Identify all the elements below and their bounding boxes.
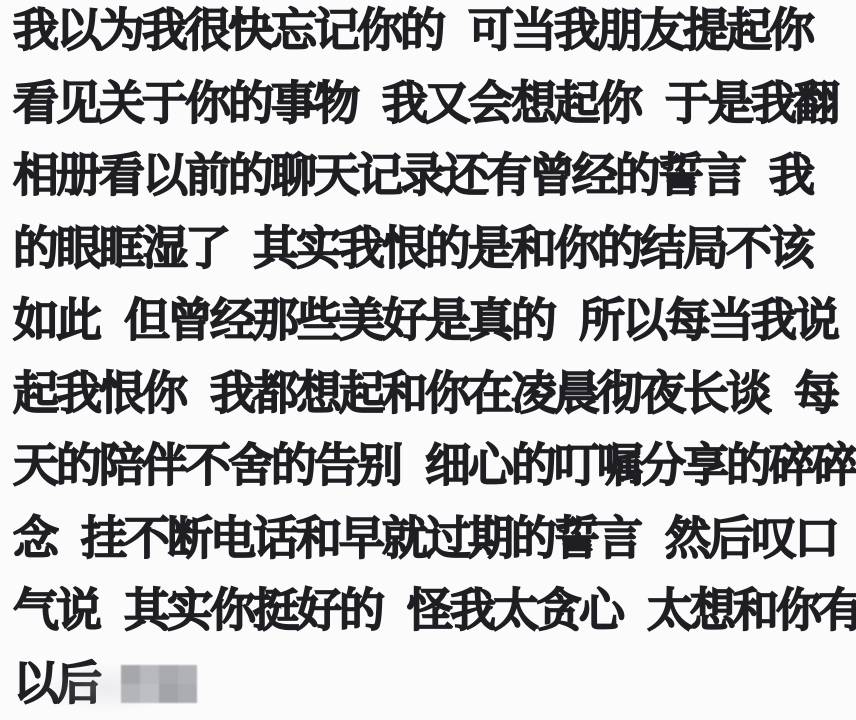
text-line: 相册看以前的聊天记录还有曾经的誓言 我 <box>13 139 856 212</box>
text-line: 我以为我很快忘记你的 可当我朋友提起你 <box>13 0 856 67</box>
text-line: 气说 其实你挺好的 怪我太贪心 太想和你有 <box>13 574 856 647</box>
pixelated-censor-block <box>121 665 197 703</box>
text-line: 念 挂不断电话和早就过期的誓言 然后叹口 <box>13 502 856 575</box>
text-line: 天的陪伴不舍的告别 细心的叮嘱分享的碎碎 <box>13 429 856 502</box>
text-line-last: 以后 <box>13 647 856 720</box>
text-line-last-label: 以后 <box>13 647 99 720</box>
quote-image-page: 我以为我很快忘记你的 可当我朋友提起你 看见关于你的事物 我又会想起你 于是我翻… <box>0 0 856 720</box>
text-line: 看见关于你的事物 我又会想起你 于是我翻 <box>13 67 856 140</box>
quote-text-block: 我以为我很快忘记你的 可当我朋友提起你 看见关于你的事物 我又会想起你 于是我翻… <box>0 0 856 719</box>
text-line: 起我恨你 我都想起和你在凌晨彻夜长谈 每 <box>13 357 856 430</box>
text-line: 的眼眶湿了 其实我恨的是和你的结局不该 <box>13 212 856 285</box>
text-line: 如此 但曾经那些美好是真的 所以每当我说 <box>13 284 856 357</box>
